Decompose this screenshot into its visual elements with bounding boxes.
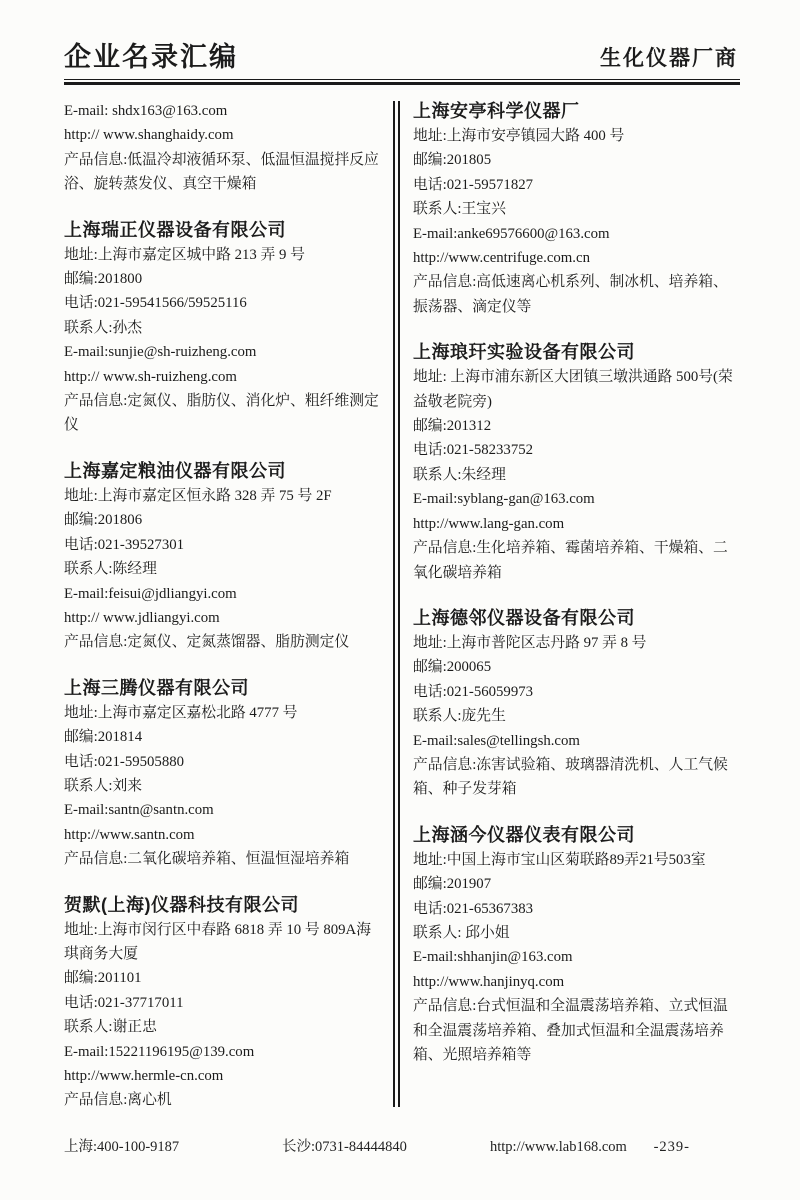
entry-line: 地址:上海市嘉定区城中路 213 弄 9 号: [64, 243, 385, 267]
entry-line: 联系人:朱经理: [413, 463, 740, 487]
entry-line: 产品信息:二氧化碳培养箱、恒温恒湿培养箱: [64, 847, 385, 871]
entry-line: 邮编:201907: [413, 872, 740, 896]
company-name: 上海三腾仪器有限公司: [64, 676, 385, 701]
company-entry: 上海三腾仪器有限公司地址:上海市嘉定区嘉松北路 4777 号邮编:201814电…: [64, 676, 385, 872]
entry-line: 联系人:王宝兴: [413, 197, 740, 221]
page-footer: 上海:400-100-9187 长沙:0731-84444840 http://…: [64, 1135, 738, 1156]
footer-shanghai-phone: 上海:400-100-9187: [64, 1135, 282, 1156]
entry-line: http:// www.jdliangyi.com: [64, 606, 385, 630]
entry-line: E-mail:feisui@jdliangyi.com: [64, 582, 385, 606]
entry-line: 地址:上海市嘉定区恒永路 328 弄 75 号 2F: [64, 484, 385, 508]
footer-changsha-phone: 长沙:0731-84444840: [282, 1135, 490, 1156]
entry-line: http://www.santn.com: [64, 823, 385, 847]
company-entry: 上海嘉定粮油仪器有限公司地址:上海市嘉定区恒永路 328 弄 75 号 2F邮编…: [64, 459, 385, 655]
entry-line: 邮编:201312: [413, 414, 740, 438]
entry-line: 电话:021-59571827: [413, 173, 740, 197]
entry-line: 电话:021-65367383: [413, 897, 740, 921]
entry-line: 联系人:庞先生: [413, 704, 740, 728]
company-entry: 上海安亭科学仪器厂地址:上海市安亭镇园大路 400 号邮编:201805电话:0…: [413, 99, 740, 319]
company-name: 上海嘉定粮油仪器有限公司: [64, 459, 385, 484]
entry-line: 联系人:陈经理: [64, 557, 385, 581]
entry-line: E-mail:sunjie@sh-ruizheng.com: [64, 340, 385, 364]
column-divider: [393, 101, 400, 1107]
entry-line: 产品信息:冻害试验箱、玻璃器清洗机、人工气候箱、种子发芽箱: [413, 753, 740, 802]
entry-line: E-mail:syblang-gan@163.com: [413, 487, 740, 511]
entry-line: E-mail:sales@tellingsh.com: [413, 729, 740, 753]
entry-line: 联系人: 邱小姐: [413, 921, 740, 945]
entry-line: http://www.hanjinyq.com: [413, 970, 740, 994]
company-entry: 上海琅玕实验设备有限公司地址: 上海市浦东新区大团镇三墩洪通路 500号(荣益敬…: [413, 340, 740, 585]
right-column: 上海安亭科学仪器厂地址:上海市安亭镇园大路 400 号邮编:201805电话:0…: [413, 99, 740, 1111]
entry-line: 邮编:201806: [64, 508, 385, 532]
company-name: 上海琅玕实验设备有限公司: [413, 340, 740, 365]
entry-line: 产品信息:生化培养箱、霉菌培养箱、干燥箱、二氧化碳培养箱: [413, 536, 740, 585]
entry-line: 电话:021-39527301: [64, 533, 385, 557]
entry-line: 产品信息:离心机: [64, 1088, 385, 1112]
entry-line: http://www.hermle-cn.com: [64, 1064, 385, 1088]
entry-line: E-mail:santn@santn.com: [64, 798, 385, 822]
entry-line: 电话:021-58233752: [413, 438, 740, 462]
company-name: 上海德邻仪器设备有限公司: [413, 606, 740, 631]
entry-line: 地址:中国上海市宝山区菊联路89弄21号503室: [413, 848, 740, 872]
entry-line: 邮编:201814: [64, 725, 385, 749]
entry-line: http:// www.sh-ruizheng.com: [64, 365, 385, 389]
listing-columns: E-mail: shdx163@163.comhttp:// www.shang…: [64, 99, 740, 1111]
entry-line: 地址:上海市嘉定区嘉松北路 4777 号: [64, 701, 385, 725]
company-entry: 上海德邻仪器设备有限公司地址:上海市普陀区志丹路 97 弄 8 号邮编:2000…: [413, 606, 740, 802]
entry-line: 产品信息:定氮仪、定氮蒸馏器、脂肪测定仪: [64, 630, 385, 654]
entry-line: 联系人:孙杰: [64, 316, 385, 340]
directory-title: 企业名录汇编: [64, 42, 238, 72]
entry-line: E-mail:15221196195@139.com: [64, 1040, 385, 1064]
entry-line: 地址:上海市普陀区志丹路 97 弄 8 号: [413, 631, 740, 655]
entry-line: 电话:021-59505880: [64, 750, 385, 774]
directory-page: 企业名录汇编 生化仪器厂商 E-mail: shdx163@163.comhtt…: [0, 0, 800, 1200]
page-number: -239-: [654, 1139, 690, 1156]
left-column: E-mail: shdx163@163.comhttp:// www.shang…: [64, 99, 385, 1111]
header-rule: [64, 79, 740, 85]
company-name: 上海瑞正仪器设备有限公司: [64, 218, 385, 243]
entry-line: 邮编:201805: [413, 148, 740, 172]
entry-line: 邮编:201101: [64, 966, 385, 990]
company-name: 上海涵今仪器仪表有限公司: [413, 823, 740, 848]
entry-line: 邮编:201800: [64, 267, 385, 291]
entry-line: http:// www.shanghaidy.com: [64, 123, 385, 147]
company-entry: E-mail: shdx163@163.comhttp:// www.shang…: [64, 99, 385, 197]
entry-line: http://www.centrifuge.com.cn: [413, 246, 740, 270]
footer-website: http://www.lab168.com: [490, 1139, 654, 1156]
category-title: 生化仪器厂商: [600, 46, 738, 72]
company-entry: 贺默(上海)仪器科技有限公司地址:上海市闵行区中春路 6818 弄 10 号 8…: [64, 893, 385, 1113]
entry-line: E-mail:anke69576600@163.com: [413, 222, 740, 246]
company-entry: 上海涵今仪器仪表有限公司地址:中国上海市宝山区菊联路89弄21号503室邮编:2…: [413, 823, 740, 1068]
entry-line: 产品信息:低温冷却液循环泵、低温恒温搅拌反应浴、旋转蒸发仪、真空干燥箱: [64, 148, 385, 197]
entry-line: E-mail: shdx163@163.com: [64, 99, 385, 123]
entry-line: E-mail:shhanjin@163.com: [413, 945, 740, 969]
company-name: 上海安亭科学仪器厂: [413, 99, 740, 124]
entry-line: 地址:上海市闵行区中春路 6818 弄 10 号 809A海琪商务大厦: [64, 918, 385, 967]
entry-line: 邮编:200065: [413, 655, 740, 679]
entry-line: 产品信息:高低速离心机系列、制冰机、培养箱、振荡器、滴定仪等: [413, 270, 740, 319]
entry-line: 联系人:谢正忠: [64, 1015, 385, 1039]
entry-line: 地址:上海市安亭镇园大路 400 号: [413, 124, 740, 148]
entry-line: 地址: 上海市浦东新区大团镇三墩洪通路 500号(荣益敬老院旁): [413, 365, 740, 414]
entry-line: 联系人:刘来: [64, 774, 385, 798]
entry-line: 产品信息:台式恒温和全温震荡培养箱、立式恒温和全温震荡培养箱、叠加式恒温和全温震…: [413, 994, 740, 1067]
entry-line: 电话:021-37717011: [64, 991, 385, 1015]
entry-line: 电话:021-59541566/59525116: [64, 291, 385, 315]
entry-line: 电话:021-56059973: [413, 680, 740, 704]
company-name: 贺默(上海)仪器科技有限公司: [64, 893, 385, 918]
company-entry: 上海瑞正仪器设备有限公司地址:上海市嘉定区城中路 213 弄 9 号邮编:201…: [64, 218, 385, 438]
entry-line: http://www.lang-gan.com: [413, 512, 740, 536]
page-header: 企业名录汇编 生化仪器厂商: [0, 0, 800, 72]
entry-line: 产品信息:定氮仪、脂肪仪、消化炉、粗纤维测定仪: [64, 389, 385, 438]
